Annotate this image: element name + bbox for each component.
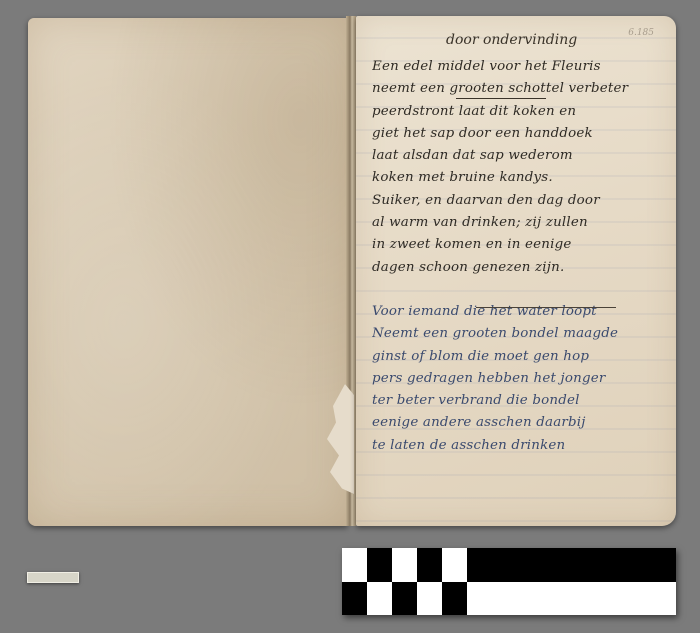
- text-line: in zweet komen en in eenige: [372, 234, 670, 256]
- scale-cell: [342, 548, 367, 582]
- scale-cell: [392, 582, 417, 616]
- open-notebook: door ondervinding 6.185 Een edel middel …: [26, 14, 678, 530]
- text-line: Suiker, en daarvan den dag door: [372, 190, 670, 212]
- scale-cell: [367, 548, 392, 582]
- handwritten-text: Een edel middel voor het Fleuris neemt e…: [372, 56, 670, 457]
- text-line: pers gedragen hebben het jonger: [372, 368, 670, 390]
- text-line: ter beter verbrand die bondel: [372, 390, 670, 412]
- scale-cell: [417, 548, 442, 582]
- left-page-blank: [28, 18, 348, 526]
- text-line: giet het sap door een handdoek: [372, 123, 670, 145]
- text-line: neemt een grooten schottel verbeter: [372, 78, 670, 100]
- scale-cell: [442, 548, 467, 582]
- scale-cell: [367, 582, 392, 616]
- text-line: dagen schoon genezen zijn.: [372, 257, 670, 279]
- text-line: Voor iemand die het water loopt: [372, 301, 670, 323]
- text-line: te laten de asschen drinken: [372, 435, 670, 457]
- section-divider: [476, 307, 616, 308]
- text-line: ginst of blom die moet gen hop: [372, 346, 670, 368]
- text-line: eenige andere asschen daarbij: [372, 412, 670, 434]
- scale-cell: [392, 548, 417, 582]
- scale-cell: [342, 582, 367, 616]
- text-line: peerdstront laat dit koken en: [372, 101, 670, 123]
- text-line: laat alsdan dat sap wederom: [372, 145, 670, 167]
- scale-bar: [342, 548, 676, 615]
- text-line: Neemt een grooten bondel maagde: [372, 323, 670, 345]
- text-line: Een edel middel voor het Fleuris: [372, 56, 670, 78]
- text-line: koken met bruine kandys.: [372, 167, 670, 189]
- scale-cell: [467, 548, 676, 582]
- page-number: 6.185: [628, 28, 654, 38]
- scale-cell: [417, 582, 442, 616]
- page-heading: door ondervinding: [446, 32, 577, 48]
- spacer: [372, 279, 670, 301]
- text-line: al warm van drinken; zij zullen: [372, 212, 670, 234]
- scale-cell: [442, 582, 467, 616]
- right-page-handwritten: door ondervinding 6.185 Een edel middel …: [356, 16, 676, 526]
- archive-label: [27, 572, 79, 583]
- scale-cell: [467, 582, 676, 616]
